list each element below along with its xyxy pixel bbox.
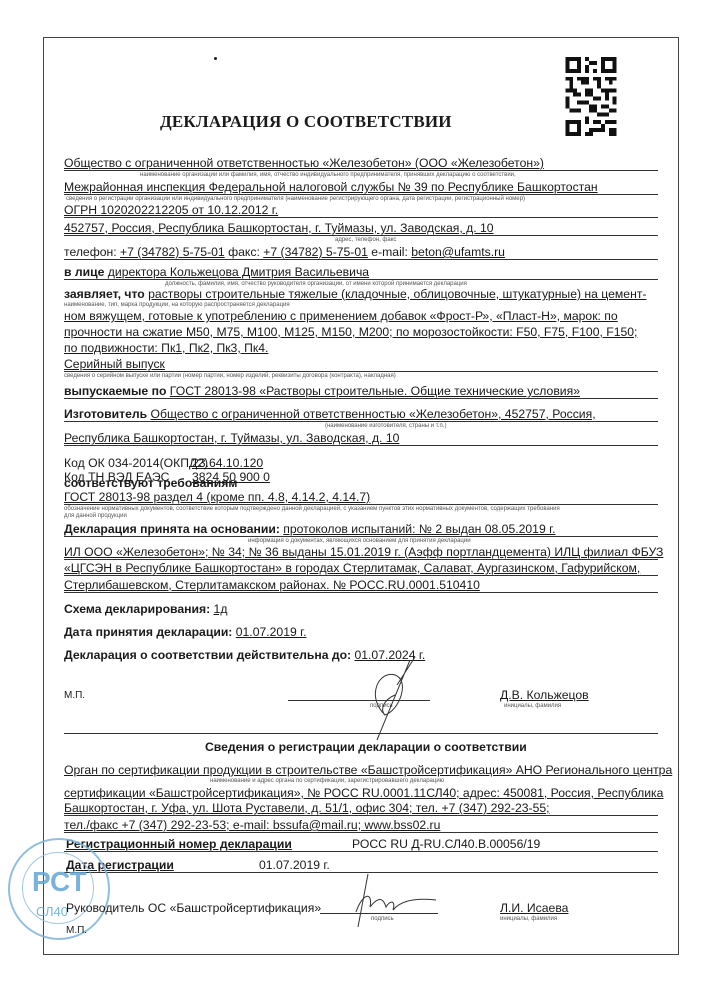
registration-caption: сведения о регистрации организации или и…: [66, 196, 525, 202]
stamp-code: СЛ40: [36, 904, 68, 919]
person-line: в лице директора Кольжецова Дмитрия Васи…: [64, 265, 369, 279]
accepted-date: 01.07.2019 г.: [236, 625, 307, 639]
cert-body-line-3: Башкортостан, г. Уфа, ул. Шота Руставели…: [64, 801, 550, 815]
manufacturer-caption: (наименование изготовителя, страны и т.п…: [325, 423, 446, 429]
scheme-label: Схема декларирования:: [64, 602, 214, 616]
signer-name: Д.В. Кольжецов: [500, 688, 589, 702]
manufacturer-line-1: Изготовитель Общество с ограниченной отв…: [64, 407, 596, 421]
applicant-caption: наименование организации или фамилия, им…: [140, 172, 516, 178]
complies-caption-2: для данной продукции: [64, 513, 127, 519]
scheme-value: 1д: [214, 602, 228, 616]
accepted-line: Дата принятия декларации: 01.07.2019 г.: [64, 625, 306, 639]
divider: [64, 279, 658, 280]
head-signer-name: Л.И. Исаева: [500, 901, 568, 915]
stamp-place-label-2: М.П.: [66, 925, 87, 936]
declares-label: заявляет, что: [64, 287, 148, 301]
divider: [64, 559, 658, 560]
signature-icon: [338, 872, 438, 932]
product-text-1: растворы строительные тяжелые (кладочные…: [148, 287, 646, 301]
head-label: Руководитель ОС «Башстройсертификация»: [66, 901, 321, 915]
serial: Серийный выпуск: [64, 357, 165, 371]
section-divider: [64, 733, 658, 734]
cert-body-line-2: сертификации «Башстройсертификация», № Р…: [64, 786, 663, 800]
stamp-place-label: М.П.: [64, 690, 85, 701]
ogrn: ОГРН 1020202212205 от 10.12.2012 г.: [64, 203, 278, 217]
complies-standard: ГОСТ 28013-98 раздел 4 (кроме пп. 4.8, 4…: [64, 490, 370, 504]
person: директора Кольжецова Дмитрия Васильевича: [108, 265, 369, 279]
basis-line-1: Декларация принята на основании: протоко…: [64, 522, 555, 536]
reg-number: РОСС RU Д-RU.СЛ40.В.00056/19: [352, 837, 540, 851]
page-title: ДЕКЛАРАЦИЯ О СООТВЕТСТВИИ: [160, 112, 452, 132]
complies-caption-1: обозначение нормативных документов, соот…: [64, 506, 560, 512]
qr-code-icon: [565, 57, 617, 136]
accepted-label: Дата принятия декларации:: [64, 625, 236, 639]
product-line-4: по подвижности: Пк1, Пк2, Пк3, Пк4.: [64, 341, 268, 355]
scheme-line: Схема декларирования: 1д: [64, 602, 227, 616]
manufacturer-text: Общество с ограниченной ответственностью…: [150, 407, 595, 421]
divider: [64, 170, 658, 171]
reg-date: 01.07.2019 г.: [259, 858, 330, 872]
divider: [64, 259, 658, 260]
divider: [64, 575, 658, 576]
divider: [64, 217, 658, 218]
basis-label: Декларация принята на основании:: [64, 522, 283, 536]
fax-label: факс:: [225, 245, 264, 259]
okpd-label: Код ОК 034-2014(ОКПД2): [64, 456, 208, 470]
registration-heading: Сведения о регистрации декларации о соот…: [205, 740, 527, 754]
email[interactable]: beton@ufamts.ru: [411, 245, 505, 259]
serial-caption: сведения о серийном выпуске или партии (…: [64, 373, 396, 379]
produced-label: выпускаемые по: [64, 384, 170, 398]
divider: [64, 421, 658, 422]
divider: [64, 851, 658, 852]
phone: +7 (34782) 5-75-01: [120, 245, 225, 259]
okpd-code: 23.64.10.120: [192, 456, 263, 470]
applicant-name: Общество с ограниченной ответственностью…: [64, 156, 544, 170]
email-label: e-mail:: [368, 245, 411, 259]
product-caption: наименование, тип, марка продукции, на к…: [64, 302, 290, 308]
basis-caption: информация о документах, являющихся осно…: [248, 538, 471, 544]
divider: [64, 592, 658, 593]
divider: [64, 832, 658, 833]
manufacturer-line-2: Республика Башкортостан, г. Туймазы, ул.…: [64, 431, 399, 445]
product-line-3: прочности на сжатие М50, М75, М100, М125…: [64, 325, 637, 339]
cert-body-line-1: Орган по сертификации продукции в строит…: [64, 763, 672, 777]
cert-body-line-4: тел./факс +7 (347) 292-23-53; e-mail: bs…: [64, 818, 440, 832]
basis-line-4: Стерлибашевском, Стерлитамакском районах…: [64, 578, 480, 592]
address-caption: адрес, телефон, факс: [335, 237, 396, 243]
basis-text-1: протоколов испытаний: № 2 выдан 08.05.20…: [283, 522, 555, 536]
basis-line-2: ИЛ ООО «Железобетон»; № 34; № 36 выданы …: [64, 545, 663, 559]
divider: [64, 815, 658, 816]
rst-logo-icon: РСТ: [32, 866, 87, 898]
product-line-1: заявляет, что растворы строительные тяже…: [64, 287, 646, 301]
divider: [64, 194, 658, 195]
produced-line: выпускаемые по ГОСТ 28013-98 «Растворы с…: [64, 384, 580, 398]
valid-label: Декларация о соответствии действительна …: [64, 648, 354, 662]
phone-label: телефон:: [64, 245, 120, 259]
signature-icon: [355, 655, 420, 745]
divider: [64, 371, 658, 372]
head-signer-caption: инициалы, фамилия: [500, 916, 557, 922]
manufacturer-label: Изготовитель: [64, 407, 150, 421]
complies-label: соответствуют требованиям: [64, 476, 237, 490]
divider: [64, 398, 658, 399]
punch-dot: [214, 57, 217, 60]
divider: [64, 536, 658, 537]
divider: [64, 235, 658, 236]
divider: [64, 504, 658, 505]
basis-line-3: «ЦГСЭН в Республике Башкортостан» в горо…: [64, 561, 640, 575]
certification-stamp: РСТ СЛ40: [8, 838, 110, 940]
person-label: в лице: [64, 265, 108, 279]
fax: +7 (34782) 5-75-01: [263, 245, 368, 259]
registration-authority: Межрайонная инспекция Федеральной налого…: [64, 180, 598, 194]
divider: [64, 445, 658, 446]
cert-body-caption: наименование и адрес органа по сертифика…: [210, 778, 444, 784]
reg-number-label: Регистрационный номер декларации: [66, 837, 292, 851]
produced-standard: ГОСТ 28013-98 «Растворы строительные. Об…: [170, 384, 580, 398]
signer-caption: инициалы, фамилия: [504, 703, 561, 709]
contacts-line: телефон: +7 (34782) 5-75-01 факс: +7 (34…: [64, 245, 505, 259]
product-line-2: ном вяжущем, готовые к употреблению с пр…: [64, 309, 618, 323]
address: 452757, Россия, Республика Башкортостан,…: [64, 221, 494, 235]
